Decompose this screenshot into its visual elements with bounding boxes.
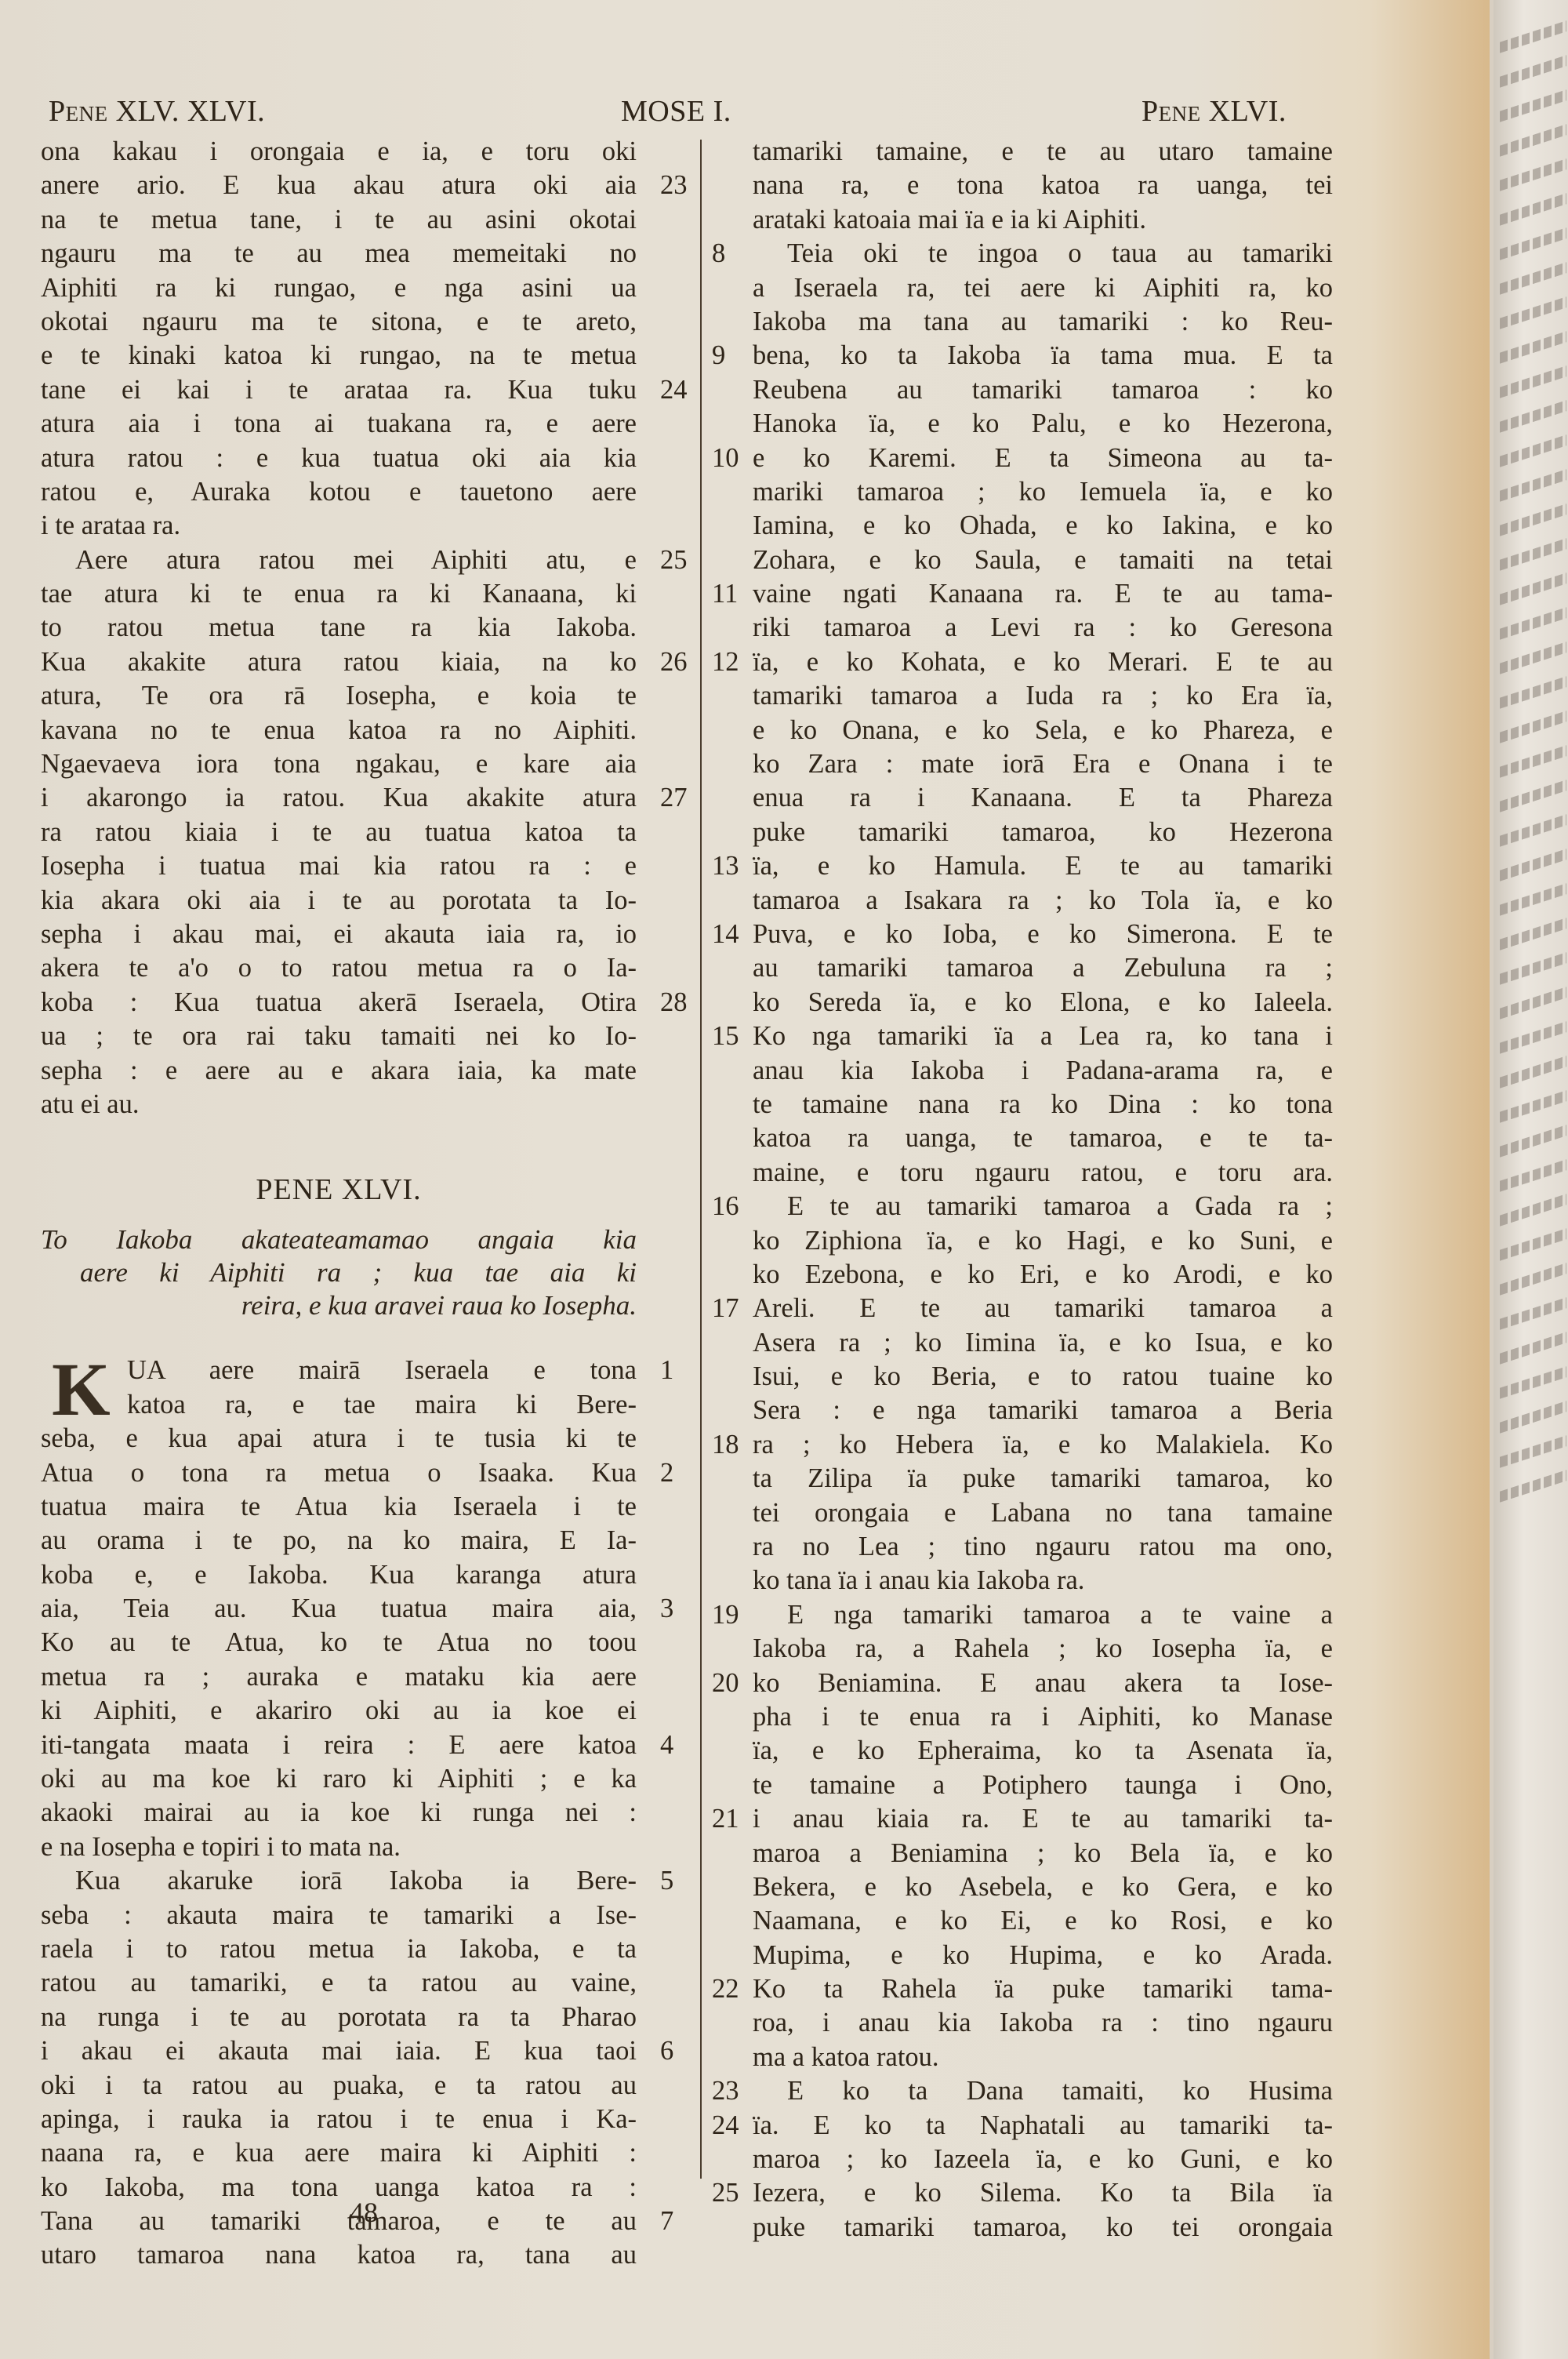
- line-text: UA aere mairā Iseraela e tona: [127, 1355, 637, 1385]
- adjacent-page-text-blur: [1500, 849, 1566, 881]
- adjacent-page-text-blur: [1500, 1228, 1566, 1261]
- line-text: aia, Teia au. Kua tuatua maira aia,: [41, 1594, 637, 1623]
- chapter-summary: To Iakoba akateateamamao angaia kia aere…: [41, 1223, 637, 1322]
- text-line: maroa ; ko Iazeela ïa, e ko Guni, e ko: [753, 2143, 1333, 2176]
- line-text: i akarongo ia ratou. Kua akakite atura: [41, 783, 637, 812]
- line-text: Isui, e ko Beria, e to ratou tuaine ko: [753, 1361, 1333, 1391]
- line-text: na te metua tane, i te au asini okotai: [41, 205, 637, 234]
- adjacent-page-text-blur: [1500, 745, 1566, 778]
- text-line: vaine ngati Kanaana ra. E te au tama-11: [753, 577, 1333, 611]
- text-line: au orama i te po, na ko maira, E Ia-: [41, 1524, 637, 1558]
- text-line: ta Zilipa ïa puke tamariki tamaroa, ko: [753, 1462, 1333, 1496]
- adjacent-page-text-blur: [1500, 434, 1566, 467]
- line-text: apinga, i rauka ia ratou i te enua i Ka-: [41, 2104, 637, 2134]
- line-text: Ngaevaeva iora tona ngakau, e kare aia: [41, 749, 637, 779]
- text-line: ua ; te ora rai taku tamaiti nei ko Io-: [41, 1020, 637, 1053]
- text-line: Tana au tamariki tamaroa, e te au7: [41, 2205, 637, 2238]
- line-text: au orama i te po, na ko maira, E Ia-: [41, 1525, 637, 1555]
- line-text: to ratou metua tane ra kia Iakoba.: [41, 612, 637, 642]
- verse-number: 23: [660, 169, 688, 202]
- adjacent-page-text-blur: [1500, 400, 1566, 433]
- text-line: Atua o tona ra metua o Isaaka. Kua2: [41, 1456, 637, 1490]
- line-text: naana ra, e kua aere maira ki Aiphiti :: [41, 2138, 637, 2168]
- line-text: tei orongaia e Labana no tana tamaine: [753, 1498, 1333, 1528]
- line-text: koba : Kua tuatua akerā Iseraela, Otira: [41, 987, 637, 1017]
- line-text: e ko Karemi. E ta Simeona au ta-: [753, 443, 1333, 473]
- text-line: tane ei kai i te arataa ra. Kua tuku24: [41, 373, 637, 407]
- text-line: e ko Onana, e ko Sela, e ko Phareza, e: [753, 714, 1333, 747]
- text-line: seba, e kua apai atura i te tusia ki te: [41, 1422, 637, 1456]
- text-line: Ko au te Atua, ko te Atua no toou: [41, 1626, 637, 1659]
- line-text: tae atura ki te enua ra ki Kanaana, ki: [41, 579, 637, 609]
- verse-number: 22: [712, 1972, 739, 2006]
- adjacent-page-text-blur: [1500, 883, 1566, 916]
- verse-number: 14: [712, 918, 739, 951]
- verse-number: 13: [712, 849, 739, 883]
- text-line: iti-tangata maata i reira : E aere katoa…: [41, 1728, 637, 1762]
- line-text: Teia oki te ingoa o taua au tamariki: [787, 238, 1333, 268]
- line-text: bena, ko ta Iakoba ïa tama mua. E ta: [753, 340, 1333, 370]
- line-text: ko Ziphiona ïa, e ko Hagi, e ko Suni, e: [753, 1226, 1333, 1256]
- text-line: aia, Teia au. Kua tuatua maira aia,3: [41, 1592, 637, 1626]
- verse-number: 8: [712, 237, 725, 271]
- line-text: Naamana, e ko Ei, e ko Rosi, e ko: [753, 1906, 1333, 1936]
- adjacent-page-text-blur: [1500, 780, 1566, 812]
- line-text: ratou e, Auraka kotou e tauetono aere: [41, 477, 637, 507]
- text-line: Hanoka ïa, e ko Palu, e ko Hezerona,: [753, 407, 1333, 441]
- text-line: ma a katoa ratou.: [753, 2041, 1333, 2074]
- text-line: ïa. E ko ta Naphatali au tamariki ta-24: [753, 2109, 1333, 2143]
- line-text: tuatua maira te Atua kia Iseraela i te: [41, 1492, 637, 1521]
- text-line: E ko ta Dana tamaiti, ko Husima23: [753, 2074, 1333, 2108]
- text-line: Aere atura ratou mei Aiphiti atu, e25: [41, 543, 637, 577]
- line-text: riki tamaroa a Levi ra : ko Geresona: [753, 612, 1333, 642]
- adjacent-page-text-blur: [1500, 814, 1566, 847]
- text-line: Iakoba ma tana au tamariki : ko Reu-: [753, 305, 1333, 339]
- adjacent-page-text-blur: [1500, 55, 1566, 88]
- text-line: sepha i akau mai, ei akauta iaia ra, io: [41, 918, 637, 951]
- text-line: koba : Kua tuatua akerā Iseraela, Otira2…: [41, 986, 637, 1020]
- text-line: e na Iosepha e topiri i to mata na.: [41, 1830, 637, 1864]
- line-text: Iamina, e ko Ohada, e ko Iakina, e ko: [753, 511, 1333, 540]
- text-line: e ko Karemi. E ta Simeona au ta-10: [753, 442, 1333, 475]
- line-text: a Iseraela ra, tei aere ki Aiphiti ra, k…: [753, 273, 1333, 303]
- verse-number: 17: [712, 1292, 739, 1325]
- line-text: kia akara oki aia i te au porotata ta Io…: [41, 885, 637, 915]
- running-head-left-prefix: Pene: [49, 95, 108, 128]
- text-line: Puva, e ko Ioba, e ko Simerona. E te14: [753, 918, 1333, 951]
- running-head-right: Pene XLVI.: [1142, 94, 1287, 129]
- adjacent-page-text-blur: [1500, 1159, 1566, 1192]
- text-line: Aiphiti ra ki rungao, e nga asini ua: [41, 271, 637, 305]
- line-text: ona kakau i orongaia e ia, e toru oki: [41, 136, 637, 166]
- line-text: ïa. E ko ta Naphatali au tamariki ta-: [753, 2110, 1333, 2140]
- verse-number: 28: [660, 986, 688, 1020]
- left-text-after-chapter: UA aere mairā Iseraela e tona1katoa ra, …: [41, 1354, 637, 2273]
- verse-number: 10: [712, 442, 739, 475]
- chapter-body: K UA aere mairā Iseraela e tona1katoa ra…: [41, 1354, 637, 2273]
- line-text: te tamaine nana ra ko Dina : ko tona: [753, 1089, 1333, 1119]
- line-text: atura ratou : e kua tuatua oki aia kia: [41, 443, 637, 473]
- text-line: UA aere mairā Iseraela e tona1: [41, 1354, 637, 1387]
- line-text: i te arataa ra.: [41, 511, 180, 540]
- line-text: anere ario. E kua akau atura oki aia: [41, 170, 637, 200]
- line-text: ko tana ïa i anau kia Iakoba ra.: [753, 1565, 1084, 1595]
- left-column: ona kakau i orongaia e ia, e toru okiane…: [41, 135, 637, 2273]
- line-text: seba : akauta maira te tamariki a Ise-: [41, 1900, 637, 1930]
- line-text: Kua akaruke iorā Iakoba ia Bere-: [75, 1866, 637, 1896]
- text-line: naana ra, e kua aere maira ki Aiphiti :: [41, 2136, 637, 2170]
- verse-number: 11: [712, 577, 738, 611]
- line-text: i akau ei akauta mai iaia. E kua taoi: [41, 2036, 637, 2066]
- adjacent-page-text-blur: [1500, 987, 1566, 1020]
- right-text: tamariki tamaine, e te au utaro tamainen…: [753, 135, 1333, 2245]
- adjacent-page-text-blur: [1500, 158, 1566, 191]
- text-line: Reubena au tamariki tamaroa : ko: [753, 373, 1333, 407]
- book-page: Pene XLV. XLVI. MOSE I. Pene XLVI. ona k…: [0, 0, 1490, 2359]
- text-line: E te au tamariki tamaroa a Gada ra ;16: [753, 1190, 1333, 1223]
- line-text: oki au ma koe ki raro ki Aiphiti ; e ka: [41, 1764, 637, 1794]
- text-line: to ratou metua tane ra kia Iakoba.: [41, 611, 637, 645]
- verse-number: 2: [660, 1456, 673, 1490]
- line-text: E ko ta Dana tamaiti, ko Husima: [787, 2076, 1333, 2106]
- verse-number: 16: [712, 1190, 739, 1223]
- line-text: Iezera, e ko Silema. Ko ta Bila ïa: [753, 2178, 1333, 2208]
- verse-number: 6: [660, 2034, 673, 2068]
- running-head-book-title: MOSE I.: [621, 94, 731, 129]
- text-line: Kua akakite atura ratou kiaia, na ko26: [41, 645, 637, 679]
- text-line: Mupima, e ko Hupima, e ko Arada.: [753, 1939, 1333, 1972]
- line-text: ïa, e ko Kohata, e ko Merari. E te au: [753, 647, 1333, 677]
- line-text: ta Zilipa ïa puke tamariki tamaroa, ko: [753, 1463, 1333, 1493]
- text-line: utaro tamaroa nana katoa ra, tana au: [41, 2238, 637, 2272]
- line-text: maroa a Beniamina ; ko Bela ïa, e ko: [753, 1838, 1333, 1868]
- verse-number: 7: [660, 2205, 673, 2238]
- adjacent-page-text-blur: [1500, 365, 1566, 398]
- text-line: Iakoba ra, a Rahela ; ko Iosepha ïa, e: [753, 1632, 1333, 1666]
- summary-line: aere ki Aiphiti ra ; kua tae aia ki: [41, 1256, 637, 1289]
- line-text: arataki katoaia mai ïa e ia ki Aiphiti.: [753, 205, 1146, 234]
- line-text: Aiphiti ra ki rungao, e nga asini ua: [41, 273, 637, 303]
- line-text: Aere atura ratou mei Aiphiti atu, e: [75, 545, 637, 575]
- text-line: ïa, e ko Kohata, e ko Merari. E te au12: [753, 645, 1333, 679]
- line-text: Puva, e ko Ioba, e ko Simerona. E te: [753, 919, 1333, 949]
- text-line: puke tamariki tamaroa, ko Hezerona: [753, 816, 1333, 849]
- line-text: sepha i akau mai, ei akauta iaia ra, io: [41, 919, 637, 949]
- summary-line: reira, e kua aravei raua ko Iosepha.: [41, 1289, 637, 1322]
- text-line: katoa ra, e tae maira ki Bere-: [41, 1388, 637, 1422]
- text-line: tamariki tamaroa a Iuda ra ; ko Era ïa,: [753, 679, 1333, 713]
- line-text: Ko nga tamariki ïa a Lea ra, ko tana i: [753, 1021, 1333, 1051]
- line-text: Iakoba ma tana au tamariki : ko Reu-: [753, 307, 1333, 336]
- line-text: katoa ra, e tae maira ki Bere-: [127, 1390, 637, 1419]
- line-text: iti-tangata maata i reira : E aere katoa: [41, 1730, 637, 1760]
- right-column: tamariki tamaine, e te au utaro tamainen…: [753, 135, 1333, 2245]
- line-text: Zohara, e ko Saula, e tamaiti na tetai: [753, 545, 1333, 575]
- verse-number: 18: [712, 1428, 739, 1462]
- text-line: metua ra ; auraka e mataku kia aere: [41, 1660, 637, 1694]
- text-line: koba e, e Iakoba. Kua karanga atura: [41, 1558, 637, 1592]
- line-text: ko Zara : mate iorā Era e Onana i te: [753, 749, 1333, 779]
- line-text: Atua o tona ra metua o Isaaka. Kua: [41, 1458, 637, 1488]
- text-line: ko Ezebona, e ko Eri, e ko Arodi, e ko: [753, 1258, 1333, 1292]
- line-text: akera te a'o o to ratou metua ra o Ia-: [41, 953, 637, 983]
- line-text: maroa ; ko Iazeela ïa, e ko Guni, e ko: [753, 2144, 1333, 2174]
- verse-number: 4: [660, 1728, 673, 1762]
- line-text: ratou au tamariki, e ta ratou au vaine,: [41, 1968, 637, 1997]
- text-line: ko Ziphiona ïa, e ko Hagi, e ko Suni, e: [753, 1224, 1333, 1258]
- line-text: ma a katoa ratou.: [753, 2042, 939, 2072]
- adjacent-page-text-blur: [1500, 952, 1566, 985]
- text-line: atura, Te ora rā Iosepha, e koia te: [41, 679, 637, 713]
- adjacent-page-text-blur: [1500, 1366, 1566, 1399]
- adjacent-page-text-blur: [1500, 918, 1566, 951]
- adjacent-page-text-blur: [1500, 296, 1566, 329]
- line-text: tane ei kai i te arataa ra. Kua tuku: [41, 375, 637, 405]
- text-line: katoa ra uanga, te tamaroa, e te ta-: [753, 1121, 1333, 1155]
- adjacent-page-text-blur: [1500, 124, 1566, 157]
- line-text: atu ei au.: [41, 1089, 139, 1119]
- text-line: atu ei au.: [41, 1088, 637, 1121]
- line-text: Asera ra ; ko Iimina ïa, e ko Isua, e ko: [753, 1328, 1333, 1358]
- line-text: Iakoba ra, a Rahela ; ko Iosepha ïa, e: [753, 1634, 1333, 1663]
- adjacent-page-text-blur: [1500, 1056, 1566, 1089]
- text-line: Iezera, e ko Silema. Ko ta Bila ïa25: [753, 2176, 1333, 2210]
- verse-number: 27: [660, 781, 688, 815]
- adjacent-page-text-blur: [1500, 1332, 1566, 1365]
- line-text: katoa ra uanga, te tamaroa, e te ta-: [753, 1123, 1333, 1153]
- text-line: na te metua tane, i te au asini okotai: [41, 203, 637, 237]
- text-line: bena, ko ta Iakoba ïa tama mua. E ta9: [753, 339, 1333, 373]
- line-text: na runga i te au porotata ra ta Pharao: [41, 2002, 637, 2032]
- text-line: ratou au tamariki, e ta ratou au vaine,: [41, 1966, 637, 2000]
- text-line: maine, e toru ngauru ratou, e toru ara.: [753, 1156, 1333, 1190]
- verse-number: 15: [712, 1020, 739, 1053]
- adjacent-page-text-blur: [1500, 1194, 1566, 1227]
- line-text: ko Iakoba, ma tona uanga katoa ra :: [41, 2172, 637, 2202]
- verse-number: 1: [660, 1354, 673, 1387]
- text-line: kavana no te enua katoa ra no Aiphiti.: [41, 714, 637, 747]
- line-text: Areli. E te au tamariki tamaroa a: [753, 1293, 1333, 1323]
- adjacent-page-text-blur: [1500, 1090, 1566, 1123]
- line-text: mariki tamaroa ; ko Iemuela ïa, e ko: [753, 477, 1333, 507]
- text-line: ra ; ko Hebera ïa, e ko Malakiela. Ko18: [753, 1428, 1333, 1462]
- line-text: te tamaine a Potiphero taunga i Ono,: [753, 1770, 1333, 1800]
- text-line: atura aia i tona ai tuakana ra, e aere: [41, 407, 637, 441]
- text-line: ïa, e ko Hamula. E te au tamariki13: [753, 849, 1333, 883]
- line-text: atura, Te ora rā Iosepha, e koia te: [41, 681, 637, 711]
- line-text: ko Ezebona, e ko Eri, e ko Arodi, e ko: [753, 1259, 1333, 1289]
- adjacent-page-text-blur: [1500, 469, 1566, 502]
- column-divider: [700, 140, 702, 2179]
- text-line: au tamariki tamaroa a Zebuluna ra ;: [753, 951, 1333, 985]
- text-line: ko Sereda ïa, e ko Elona, e ko Ialeela.: [753, 986, 1333, 1020]
- text-line: Naamana, e ko Ei, e ko Rosi, e ko: [753, 1904, 1333, 1938]
- text-line: e te kinaki katoa ki rungao, na te metua: [41, 339, 637, 373]
- text-line: tamariki tamaine, e te au utaro tamaine: [753, 135, 1333, 169]
- adjacent-page-text-blur: [1500, 331, 1566, 364]
- chapter-heading: PENE XLVI.: [41, 1156, 637, 1223]
- text-line: anere ario. E kua akau atura oki aia23: [41, 169, 637, 202]
- adjacent-page-text-blur: [1500, 572, 1566, 605]
- verse-number: 3: [660, 1592, 673, 1626]
- line-text: ra ; ko Hebera ïa, e ko Malakiela. Ko: [753, 1430, 1333, 1459]
- text-line: ki Aiphiti, e akariro oki au ia koe ei: [41, 1694, 637, 1728]
- line-text: ra no Lea ; tino ngauru ratou ma ono,: [753, 1532, 1333, 1561]
- adjacent-page-text-blur: [1500, 607, 1566, 640]
- text-line: Ngaevaeva iora tona ngakau, e kare aia: [41, 747, 637, 781]
- text-line: riki tamaroa a Levi ra : ko Geresona: [753, 611, 1333, 645]
- text-line: te tamaine nana ra ko Dina : ko tona: [753, 1088, 1333, 1121]
- line-text: ngauru ma te au mea memeitaki no: [41, 238, 637, 268]
- line-text: raela i to ratou metua ia Iakoba, e ta: [41, 1934, 637, 1964]
- line-text: ra ratou kiaia i te au tuatua katoa ta: [41, 817, 637, 847]
- line-text: puke tamariki tamaroa, ko tei orongaia: [753, 2212, 1333, 2242]
- text-line: ko Beniamina. E anau akera ta Iose-20: [753, 1667, 1333, 1700]
- line-text: Reubena au tamariki tamaroa : ko: [753, 375, 1333, 405]
- line-text: Ko au te Atua, ko te Atua no toou: [41, 1627, 637, 1657]
- text-line: i anau kiaia ra. E te au tamariki ta-21: [753, 1802, 1333, 1836]
- running-head-right-prefix: Pene: [1142, 95, 1201, 128]
- line-text: E nga tamariki tamaroa a te vaine a: [787, 1600, 1333, 1630]
- text-line: mariki tamaroa ; ko Iemuela ïa, e ko: [753, 475, 1333, 509]
- line-text: atura aia i tona ai tuakana ra, e aere: [41, 409, 637, 438]
- adjacent-page-text-blur: [1500, 227, 1566, 260]
- text-line: maroa a Beniamina ; ko Bela ïa, e ko: [753, 1837, 1333, 1870]
- text-line: nana ra, e tona katoa ra uanga, tei: [753, 169, 1333, 202]
- verse-number: 20: [712, 1667, 739, 1700]
- line-text: maine, e toru ngauru ratou, e toru ara.: [753, 1158, 1333, 1187]
- line-text: Tana au tamariki tamaroa, e te au: [41, 2206, 637, 2236]
- text-line: na runga i te au porotata ra ta Pharao: [41, 2001, 637, 2034]
- adjacent-page-text-blur: [1500, 193, 1566, 226]
- text-line: ona kakau i orongaia e ia, e toru oki: [41, 135, 637, 169]
- line-text: vaine ngati Kanaana ra. E te au tama-: [753, 579, 1333, 609]
- verse-number: 23: [712, 2074, 739, 2108]
- line-text: E te au tamariki tamaroa a Gada ra ;: [787, 1191, 1333, 1221]
- adjacent-page-text-blur: [1500, 262, 1566, 295]
- line-text: kavana no te enua katoa ra no Aiphiti.: [41, 715, 637, 745]
- line-text: ïa, e ko Epheraima, ko ta Asenata ïa,: [753, 1736, 1333, 1765]
- text-line: Kua akaruke iorā Iakoba ia Bere-5: [41, 1864, 637, 1898]
- running-head-right-chapter: XLVI.: [1209, 95, 1287, 128]
- line-text: tamaroa a Isakara ra ; ko Tola ïa, e ko: [753, 885, 1333, 915]
- text-line: i akau ei akauta mai iaia. E kua taoi6: [41, 2034, 637, 2068]
- line-text: e te kinaki katoa ki rungao, na te metua: [41, 340, 637, 370]
- text-line: a Iseraela ra, tei aere ki Aiphiti ra, k…: [753, 271, 1333, 305]
- line-text: pha i te enua ra i Aiphiti, ko Manase: [753, 1702, 1333, 1732]
- text-line: Teia oki te ingoa o taua au tamariki8: [753, 237, 1333, 271]
- text-line: atura ratou : e kua tuatua oki aia kia: [41, 442, 637, 475]
- text-line: tei orongaia e Labana no tana tamaine: [753, 1496, 1333, 1530]
- verse-number: 12: [712, 645, 739, 679]
- text-line: enua ra i Kanaana. E ta Phareza: [753, 781, 1333, 815]
- adjacent-page-text-blur: [1500, 711, 1566, 743]
- text-line: pha i te enua ra i Aiphiti, ko Manase: [753, 1700, 1333, 1734]
- text-line: oki i ta ratou au puaka, e ta ratou au: [41, 2069, 637, 2103]
- verse-number: 19: [712, 1598, 739, 1632]
- text-line: Areli. E te au tamariki tamaroa a17: [753, 1292, 1333, 1325]
- line-text: enua ra i Kanaana. E ta Phareza: [753, 783, 1333, 812]
- line-text: akaoki mairai au ia koe ki runga nei :: [41, 1797, 637, 1827]
- adjacent-page-text-blur: [1500, 503, 1566, 536]
- text-line: Asera ra ; ko Iimina ïa, e ko Isua, e ko: [753, 1326, 1333, 1360]
- adjacent-page-text-blur: [1500, 1021, 1566, 1054]
- verse-number: 25: [660, 543, 688, 577]
- text-line: tuatua maira te Atua kia Iseraela i te: [41, 1490, 637, 1524]
- adjacent-page-text-blur: [1500, 1263, 1566, 1296]
- text-line: Ko nga tamariki ïa a Lea ra, ko tana i15: [753, 1020, 1333, 1053]
- line-text: nana ra, e tona katoa ra uanga, tei: [753, 170, 1333, 200]
- adjacent-page-text-blur: [1500, 642, 1566, 674]
- line-text: tamariki tamaine, e te au utaro tamaine: [753, 136, 1333, 166]
- line-text: ko Sereda ïa, e ko Elona, e ko Ialeela.: [753, 987, 1333, 1017]
- adjacent-page-text-blur: [1500, 89, 1566, 122]
- verse-number: 24: [660, 373, 688, 407]
- line-text: oki i ta ratou au puaka, e ta ratou au: [41, 2070, 637, 2100]
- line-text: koba e, e Iakoba. Kua karanga atura: [41, 1560, 637, 1590]
- text-line: te tamaine a Potiphero taunga i Ono,: [753, 1768, 1333, 1802]
- line-text: Ko ta Rahela ïa puke tamariki tama-: [753, 1974, 1333, 2004]
- line-text: ki Aiphiti, e akariro oki au ia koe ei: [41, 1696, 637, 1725]
- line-text: i anau kiaia ra. E te au tamariki ta-: [753, 1804, 1333, 1834]
- line-text: puke tamariki tamaroa, ko Hezerona: [753, 817, 1333, 847]
- text-line: okotai ngauru ma te sitona, e te areto,: [41, 305, 637, 339]
- text-line: i akarongo ia ratou. Kua akakite atura27: [41, 781, 637, 815]
- line-text: ua ; te ora rai taku tamaiti nei ko Io-: [41, 1021, 637, 1051]
- text-line: Sera : e nga tamariki tamaroa a Beria: [753, 1394, 1333, 1427]
- text-line: Isui, e ko Beria, e to ratou tuaine ko: [753, 1360, 1333, 1394]
- line-text: Sera : e nga tamariki tamaroa a Beria: [753, 1395, 1333, 1425]
- adjacent-page-text-blur: [1500, 1401, 1566, 1434]
- line-text: seba, e kua apai atura i te tusia ki te: [41, 1423, 637, 1453]
- adjacent-page-text-blur: [1500, 1470, 1566, 1503]
- adjacent-page-text-blur: [1500, 1435, 1566, 1468]
- text-line: E nga tamariki tamaroa a te vaine a19: [753, 1598, 1333, 1632]
- line-text: sepha : e aere au e akara iaia, ka mate: [41, 1056, 637, 1085]
- line-text: Hanoka ïa, e ko Palu, e ko Hezerona,: [753, 409, 1333, 438]
- line-text: e na Iosepha e topiri i to mata na.: [41, 1832, 401, 1862]
- text-line: Ko ta Rahela ïa puke tamariki tama-22: [753, 1972, 1333, 2006]
- running-head-left: Pene XLV. XLVI.: [49, 94, 265, 129]
- running-head-left-chapters: XLV. XLVI.: [116, 95, 265, 128]
- text-line: tamaroa a Isakara ra ; ko Tola ïa, e ko: [753, 884, 1333, 918]
- verse-number: 25: [712, 2176, 739, 2210]
- line-text: tamariki tamaroa a Iuda ra ; ko Era ïa,: [753, 681, 1333, 711]
- page-number: 48: [350, 2196, 378, 2229]
- verse-number: 9: [712, 339, 725, 373]
- text-line: Bekera, e ko Asebela, e ko Gera, e ko: [753, 1870, 1333, 1904]
- text-line: roa, i anau kia Iakoba ra : tino ngauru: [753, 2006, 1333, 2040]
- line-text: e ko Onana, e ko Sela, e ko Phareza, e: [753, 715, 1333, 745]
- line-text: ïa, e ko Hamula. E te au tamariki: [753, 851, 1333, 881]
- adjacent-page-text-blur: [1500, 20, 1566, 53]
- text-line: ko Zara : mate iorā Era e Onana i te: [753, 747, 1333, 781]
- verse-number: 24: [712, 2109, 739, 2143]
- text-line: seba : akauta maira te tamariki a Ise-: [41, 1899, 637, 1932]
- text-line: Zohara, e ko Saula, e tamaiti na tetai: [753, 543, 1333, 577]
- verse-number: 26: [660, 645, 688, 679]
- text-line: ngauru ma te au mea memeitaki no: [41, 237, 637, 271]
- line-text: Kua akakite atura ratou kiaia, na ko: [41, 647, 637, 677]
- summary-line: To Iakoba akateateamamao angaia kia: [41, 1223, 637, 1256]
- adjacent-page-edge: [1494, 0, 1568, 2359]
- text-line: ra ratou kiaia i te au tuatua katoa ta: [41, 816, 637, 849]
- text-line: Iamina, e ko Ohada, e ko Iakina, e ko: [753, 509, 1333, 543]
- text-line: puke tamariki tamaroa, ko tei orongaia: [753, 2211, 1333, 2245]
- verse-number: 21: [712, 1802, 739, 1836]
- text-line: tae atura ki te enua ra ki Kanaana, ki: [41, 577, 637, 611]
